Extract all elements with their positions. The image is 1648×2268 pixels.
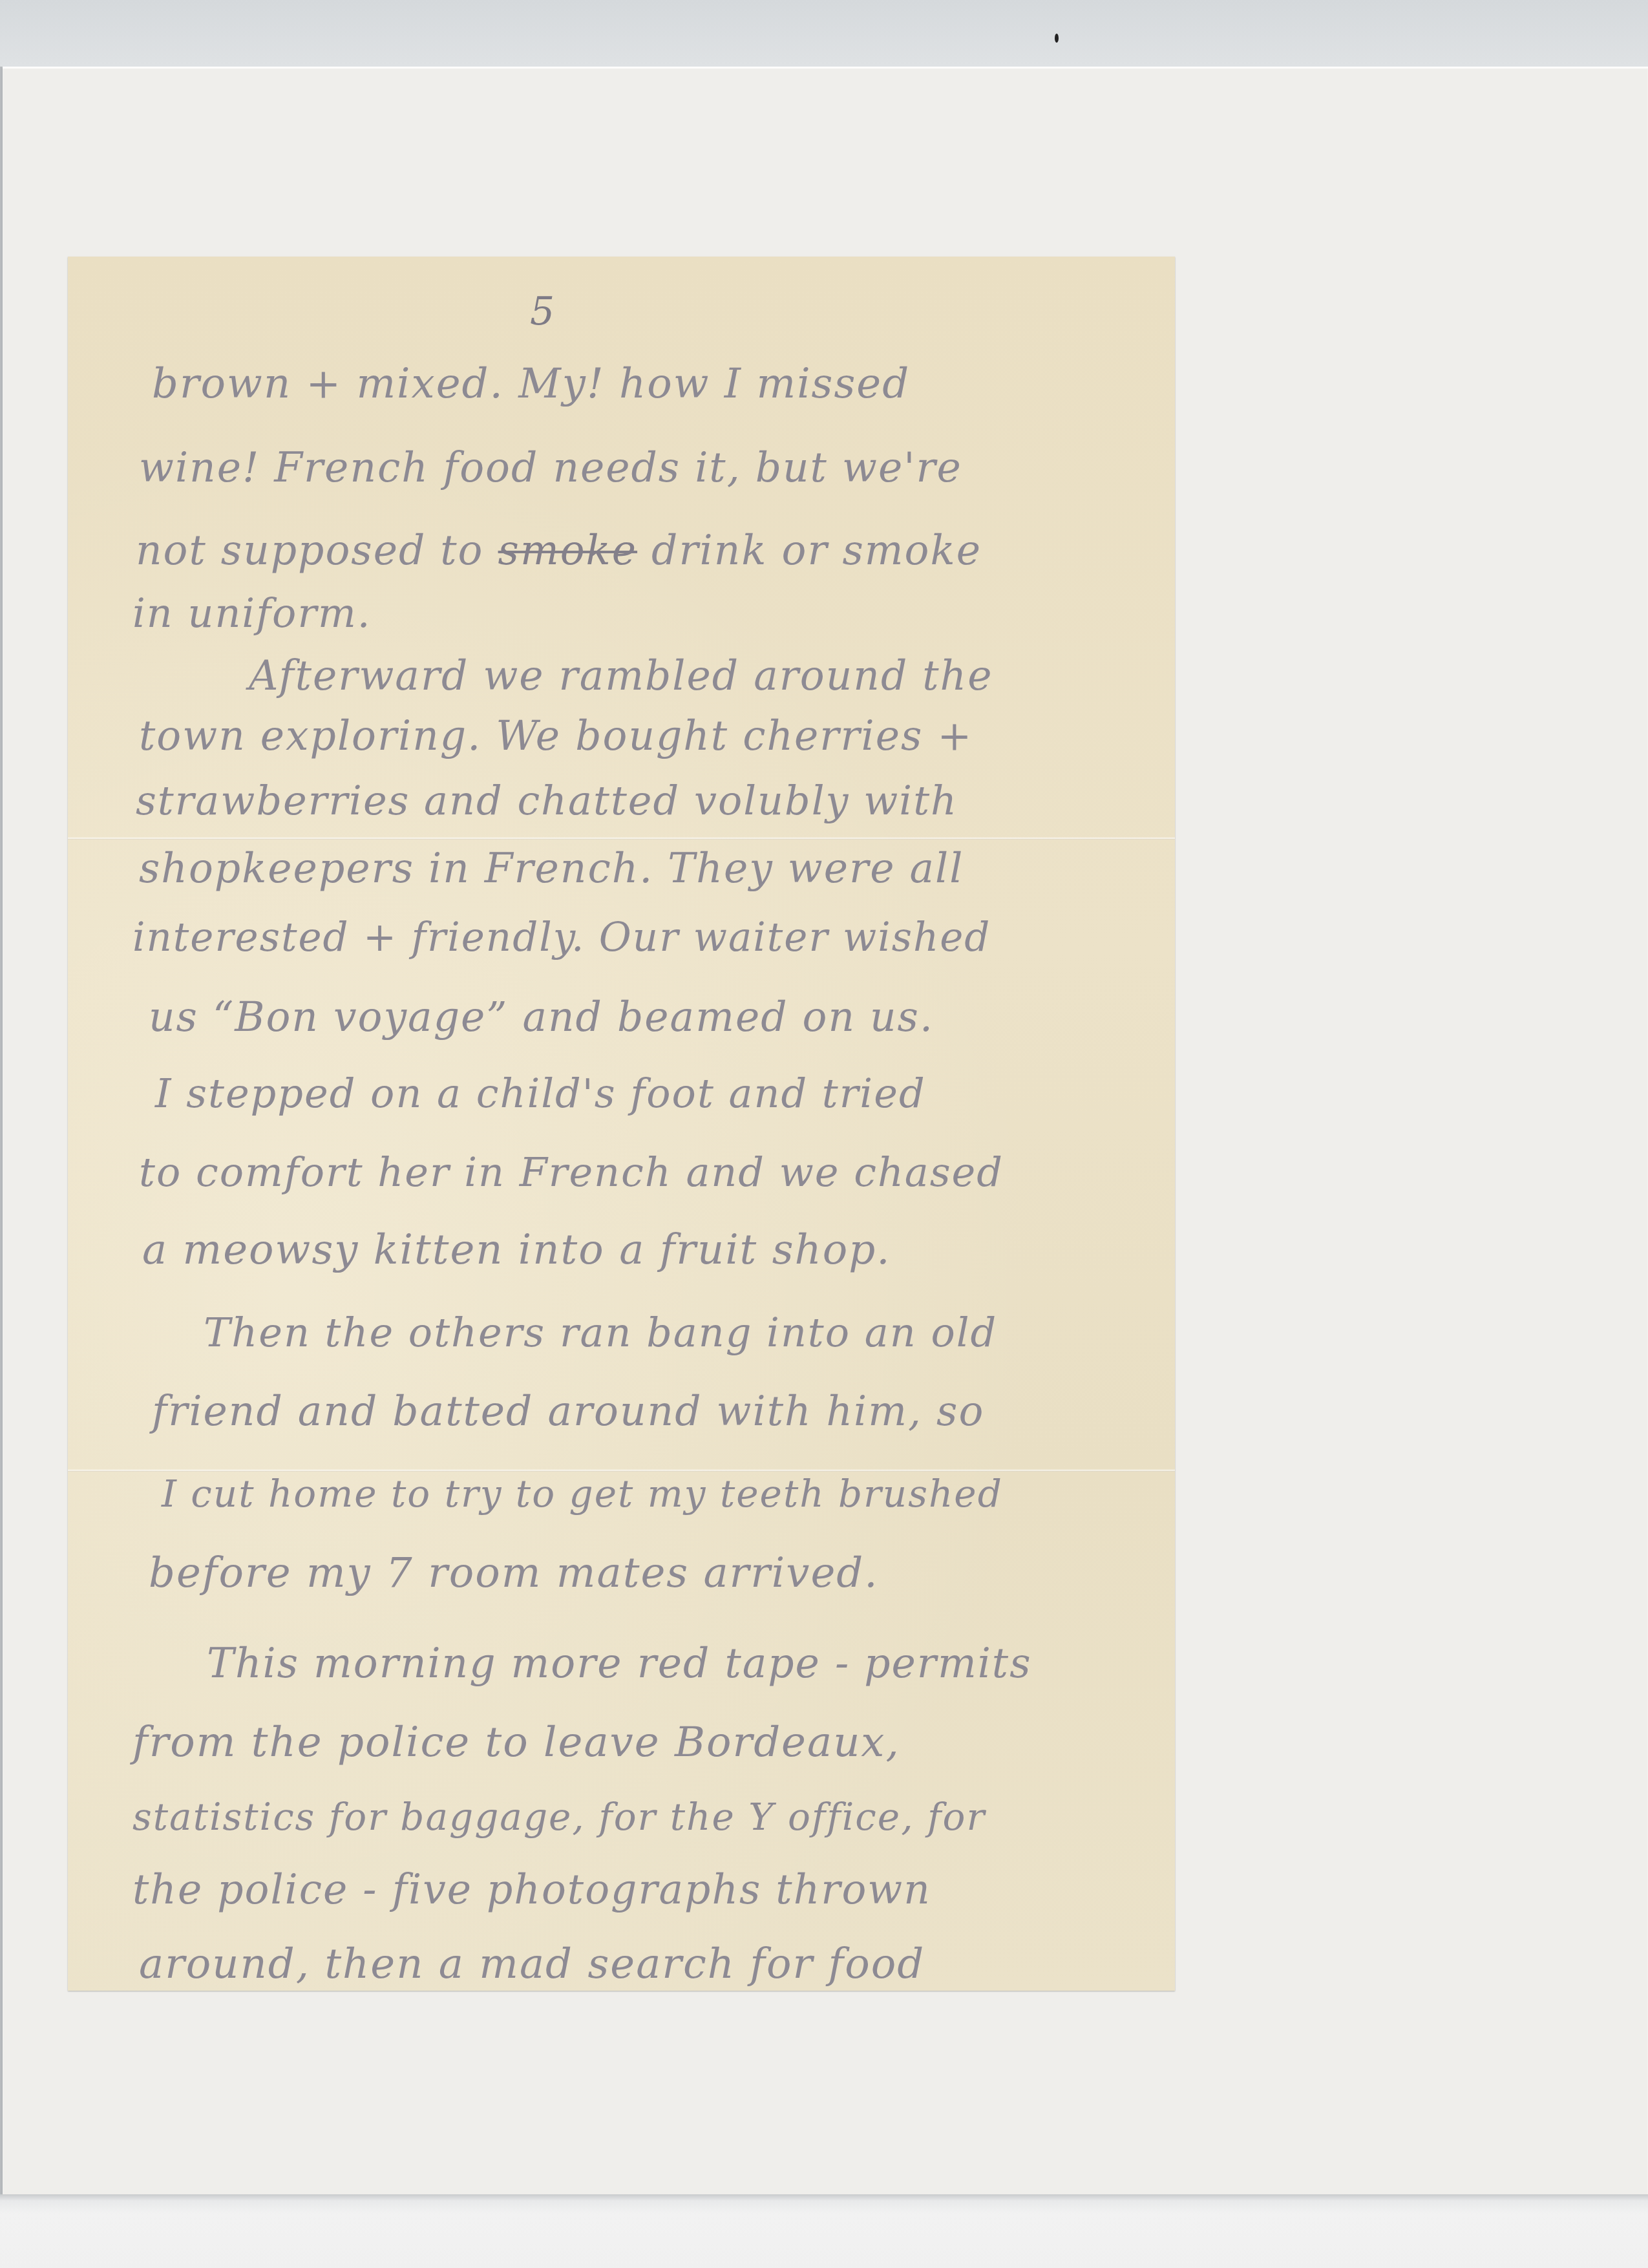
handwritten-line: statistics for baggage, for the Y office…	[132, 1795, 986, 1839]
handwritten-line: not supposed to smoke drink or smoke	[136, 527, 982, 574]
handwritten-line: from the police to leave Bordeaux,	[132, 1719, 900, 1766]
handwritten-line: I cut home to try to get my teeth brushe…	[162, 1472, 1003, 1516]
handwritten-line: friend and batted around with him, so	[152, 1388, 984, 1435]
handwritten-line: wine! French food needs it, but we're	[139, 444, 962, 491]
handwritten-line: the police - five photographs thrown	[132, 1866, 931, 1913]
handwritten-line: town exploring. We bought cherries +	[139, 712, 973, 759]
scanner-bottom-strip	[0, 2194, 1648, 2268]
handwritten-line: This morning more red tape - permits	[207, 1640, 1031, 1687]
handwritten-line: before my 7 room mates arrived.	[149, 1549, 879, 1597]
handwritten-line: Then the others ran bang into an old	[204, 1309, 997, 1356]
handwritten-line: Afterward we rambled around the	[249, 652, 993, 699]
dust-speck	[1055, 34, 1059, 43]
handwritten-line: strawberries and chatted volubly with	[136, 777, 958, 824]
handwritten-line: to comfort her in French and we chased	[139, 1149, 1004, 1196]
line-text: not supposed to	[136, 527, 498, 574]
handwritten-line: interested + friendly. Our waiter wished	[132, 915, 991, 960]
scanner-top-strip	[0, 0, 1648, 67]
paper-fold-crease	[68, 837, 1175, 840]
handwritten-line: shopkeepers in French. They were all	[139, 845, 964, 892]
page-number: 5	[530, 289, 555, 334]
handwritten-line: us “Bon voyage” and beamed on us.	[149, 993, 934, 1041]
letter-page: 5 brown + mixed. My! how I missed wine! …	[68, 257, 1175, 1991]
handwritten-line: brown + mixed. My! how I missed	[152, 360, 910, 408]
line-text: drink or smoke	[637, 527, 982, 574]
handwritten-line: a meowsy kitten into a fruit shop.	[142, 1226, 891, 1274]
handwritten-line: in uniform.	[132, 589, 372, 637]
struck-out-word: smoke	[498, 527, 637, 574]
handwritten-line: I stepped on a child's foot and tried	[155, 1070, 926, 1117]
handwritten-line: around, then a mad search for food	[139, 1940, 925, 1988]
